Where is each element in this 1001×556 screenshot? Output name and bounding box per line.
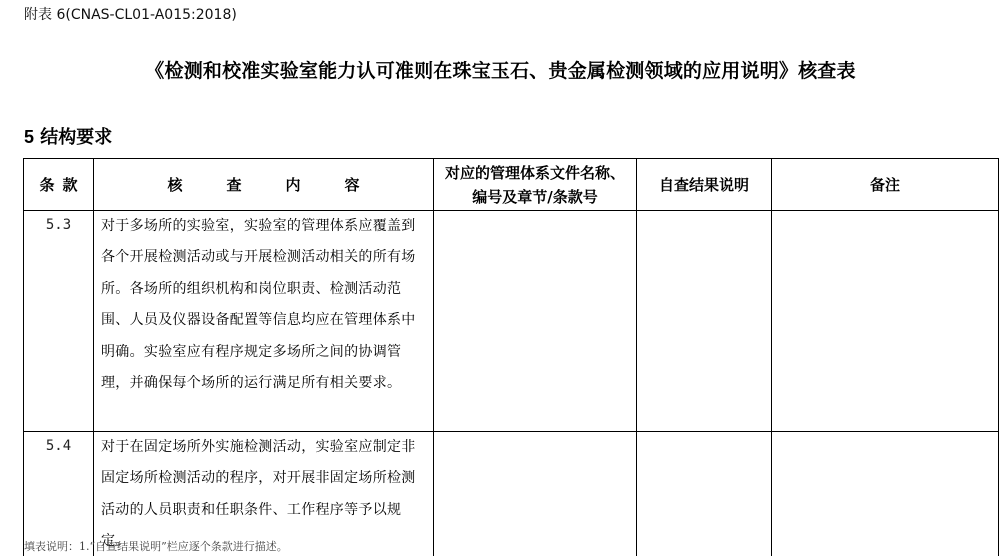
- section-heading: 5 结构要求: [24, 126, 112, 149]
- section-title-text: 结构要求: [40, 127, 112, 148]
- clause-number: 5.3: [24, 211, 94, 432]
- clause-number: 5.4: [24, 432, 94, 556]
- annex-label: 附表 6(CNAS-CL01-A015:2018): [24, 6, 237, 24]
- table-header-row: 条款 核查内容 对应的管理体系文件名称、 编号及章节/条款号 自查结果说明 备注: [24, 159, 999, 211]
- header-clause: 条款: [24, 159, 94, 211]
- table-row: 5.4 对于在固定场所外实施检测活动，实验室应制定非固定场所检测活动的程序，对开…: [24, 432, 999, 556]
- self-check-cell[interactable]: [637, 432, 772, 556]
- checklist-table: 条款 核查内容 对应的管理体系文件名称、 编号及章节/条款号 自查结果说明 备注…: [23, 158, 999, 556]
- header-remarks: 备注: [772, 159, 999, 211]
- footnote: 填表说明：1.“自查结果说明”栏应逐个条款进行描述。: [24, 540, 288, 554]
- table-row: 5.3 对于多场所的实验室，实验室的管理体系应覆盖到各个开展检测活动或与开展检测…: [24, 211, 999, 432]
- document-reference-cell[interactable]: [434, 211, 637, 432]
- header-document-reference-line2: 编号及章节/条款号: [438, 185, 632, 209]
- self-check-cell[interactable]: [637, 211, 772, 432]
- header-content: 核查内容: [94, 159, 434, 211]
- document-title: 《检测和校准实验室能力认可准则在珠宝玉石、贵金属检测领域的应用说明》核查表: [0, 59, 1001, 83]
- check-content: 对于在固定场所外实施检测活动，实验室应制定非固定场所检测活动的程序，对开展非固定…: [94, 432, 434, 556]
- header-content-char: 核: [167, 173, 182, 197]
- remarks-cell[interactable]: [772, 432, 999, 556]
- header-document-reference-line1: 对应的管理体系文件名称、: [438, 161, 632, 185]
- document-reference-cell[interactable]: [434, 432, 637, 556]
- section-number: 5: [24, 127, 34, 147]
- header-content-char: 容: [345, 173, 360, 197]
- header-document-reference: 对应的管理体系文件名称、 编号及章节/条款号: [434, 159, 637, 211]
- header-self-check: 自查结果说明: [637, 159, 772, 211]
- header-content-char: 内: [286, 173, 301, 197]
- header-content-char: 查: [226, 173, 241, 197]
- check-content: 对于多场所的实验室，实验室的管理体系应覆盖到各个开展检测活动或与开展检测活动相关…: [94, 211, 434, 432]
- remarks-cell[interactable]: [772, 211, 999, 432]
